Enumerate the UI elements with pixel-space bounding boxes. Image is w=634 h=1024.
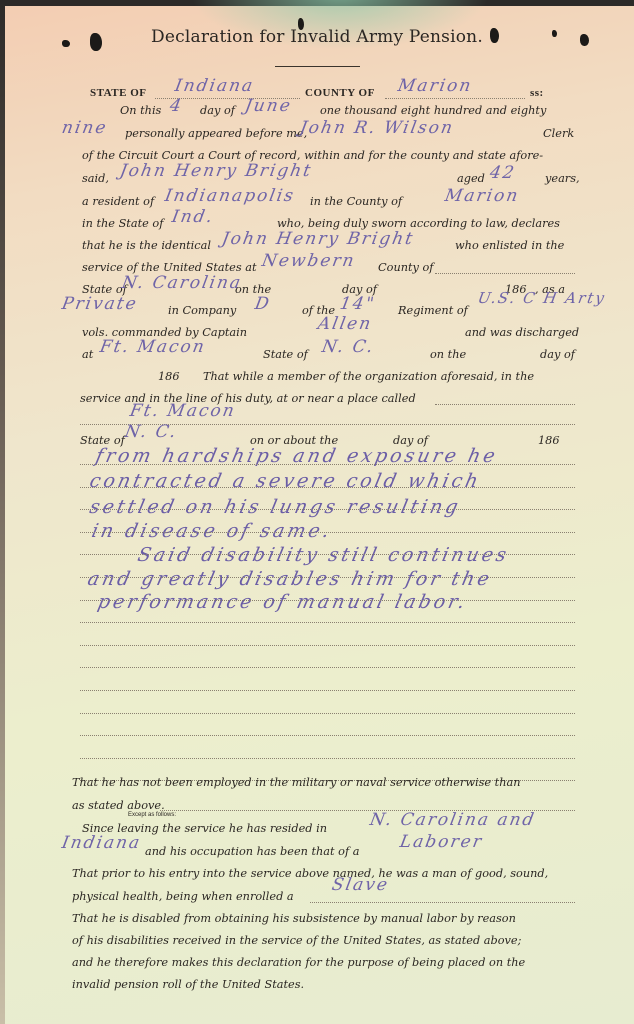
- month-value: June: [243, 96, 293, 116]
- text: That while a member of the organization …: [203, 370, 534, 384]
- injury-state: N. C.: [123, 422, 179, 442]
- rank-value: Private: [60, 294, 139, 314]
- text: years,: [545, 172, 580, 186]
- discharge-state: N. C.: [320, 337, 376, 357]
- ruled-line: [80, 600, 575, 601]
- text: On this: [120, 104, 161, 118]
- ruled-line: [80, 758, 575, 759]
- text: and his occupation has been that of a: [145, 845, 360, 859]
- text: 186: [158, 370, 180, 384]
- text: of his disabilities received in the serv…: [72, 934, 521, 948]
- text: County of: [378, 261, 434, 275]
- text: That prior to his entry into the service…: [72, 867, 548, 881]
- ruled-line: [80, 577, 575, 578]
- ruled-line: [80, 487, 575, 488]
- text: in the County of: [310, 195, 402, 209]
- year-word-value: nine: [60, 118, 109, 138]
- statement-line: contracted a severe cold which: [88, 470, 483, 492]
- discharge-place: Ft. Macon: [98, 337, 207, 357]
- text: and he therefore makes this declaration …: [72, 956, 525, 970]
- state-label: STATE OF: [90, 86, 146, 100]
- text: and was discharged: [465, 326, 579, 340]
- text: Regiment of: [398, 304, 468, 318]
- text: That he is disabled from obtaining his s…: [72, 912, 516, 926]
- residence-since-value: N. Carolina and: [368, 810, 537, 830]
- text: personally appeared before me,: [125, 127, 307, 141]
- injury-place: Ft. Macon: [128, 401, 237, 421]
- document-title: Declaration for Invalid Army Pension.: [0, 27, 634, 47]
- text: physical health, being when enrolled a: [72, 890, 294, 904]
- claimant-name: John Henry Bright: [220, 229, 416, 249]
- statement-line: settled on his lungs resulting: [88, 496, 463, 518]
- text: said,: [82, 172, 109, 186]
- residence-value: Indianapolis: [163, 186, 296, 206]
- age-value: 42: [488, 163, 517, 183]
- text: in Company: [168, 304, 236, 318]
- title-divider: [275, 66, 360, 67]
- occupation-value: Laborer: [398, 832, 484, 852]
- text: State of: [263, 348, 308, 362]
- official-name: John R. Wilson: [298, 118, 455, 138]
- text: invalid pension roll of the United State…: [72, 978, 304, 992]
- county-value: Marion: [396, 76, 474, 96]
- text: who enlisted in the: [455, 239, 564, 253]
- ss-label: ss:: [530, 86, 544, 100]
- prior-status-value: Slave: [330, 875, 390, 895]
- statement-line: and greatly disables him for the: [86, 568, 494, 590]
- text: at: [82, 348, 93, 362]
- county-label: COUNTY OF: [305, 86, 375, 100]
- text: 186: [538, 434, 560, 448]
- state-value: Ind.: [170, 207, 215, 227]
- ruled-line: [80, 622, 575, 623]
- statement-line: performance of manual labor.: [96, 591, 470, 613]
- text: on the: [430, 348, 466, 362]
- ruled-line: [80, 509, 575, 510]
- text: day of: [200, 104, 235, 118]
- claimant-name: John Henry Bright: [118, 161, 314, 181]
- scan-border-left: [0, 0, 5, 1024]
- county-value: Marion: [443, 186, 521, 206]
- state-value: Indiana: [173, 76, 256, 96]
- day-value: 4: [168, 96, 184, 116]
- ruled-line: [80, 645, 575, 646]
- captain-name: Allen: [316, 314, 374, 334]
- regiment-number: 14": [338, 294, 377, 314]
- enlistment-state: N. Carolina: [120, 273, 244, 293]
- text: Clerk: [543, 127, 574, 141]
- ruled-line: [80, 667, 575, 668]
- text: in the State of: [82, 217, 163, 231]
- text: one thousand eight hundred and eighty: [320, 104, 546, 118]
- ruled-line: [80, 464, 575, 465]
- ruled-line: [80, 690, 575, 691]
- residence-since-value-2: Indiana: [60, 833, 143, 853]
- text: aged: [457, 172, 485, 186]
- company-value: D: [253, 294, 272, 314]
- ruled-line: [80, 554, 575, 555]
- ruled-line: [80, 713, 575, 714]
- text: that he is the identical: [82, 239, 211, 253]
- text: That he has not been employed in the mil…: [72, 776, 521, 790]
- text: a resident of: [82, 195, 154, 209]
- text: day of: [540, 348, 575, 362]
- enlistment-place: Newbern: [260, 251, 357, 271]
- ruled-line: [80, 532, 575, 533]
- ruled-line: [80, 735, 575, 736]
- regiment-value: U.S. C H Arty: [476, 289, 607, 307]
